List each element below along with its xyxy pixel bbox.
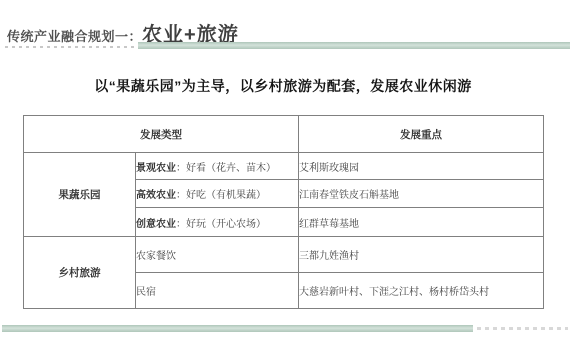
row-type-desc: ：好看（花卉、苗木）: [176, 163, 276, 174]
row-type-desc: ：好吃（有机果蔬）: [176, 190, 266, 201]
row-type-label: 景观农业: [136, 163, 176, 174]
row-focus-cell: 红群草莓基地: [299, 208, 544, 237]
footer-dashed-rule: [477, 327, 568, 330]
header-development-focus: 发展重点: [299, 116, 544, 153]
table-row: 乡村旅游 农家餐饮 三都九姓渔村: [24, 237, 544, 273]
row-type-label: 高效农业: [136, 190, 176, 201]
footer-accent-bar: [2, 325, 473, 332]
development-table: 发展类型 发展重点 果蔬乐园 景观农业：好看（花卉、苗木） 艾利斯玫瑰园 高效农…: [23, 115, 544, 309]
header-development-type: 发展类型: [24, 116, 299, 153]
row-type-cell: 景观农业：好看（花卉、苗木）: [136, 153, 299, 180]
row-type-desc: 民宿: [136, 287, 156, 298]
slide-subtitle: 以“果蔬乐园”为主导，以乡村旅游为配套，发展农业休闲游: [23, 76, 543, 96]
row-type-desc: ：好玩（开心农场）: [176, 219, 266, 230]
row-type-label: 创意农业: [136, 219, 176, 230]
row-type-cell: 农家餐饮: [136, 237, 299, 273]
row-focus-cell: 三都九姓渔村: [299, 237, 544, 273]
group-name-cell: 乡村旅游: [24, 237, 136, 309]
table-row: 果蔬乐园 景观农业：好看（花卉、苗木） 艾利斯玫瑰园: [24, 153, 544, 180]
header-dashed-rule: [5, 46, 138, 48]
slide: 传统产业融合规划一： 农业+旅游 以“果蔬乐园”为主导，以乡村旅游为配套，发展农…: [0, 0, 570, 360]
row-focus-cell: 江南春堂铁皮石斛基地: [299, 180, 544, 208]
group-name-cell: 果蔬乐园: [24, 153, 136, 237]
title-prefix: 传统产业融合规划一：: [7, 26, 142, 45]
row-type-cell: 民宿: [136, 273, 299, 309]
row-focus-cell: 艾利斯玫瑰园: [299, 153, 544, 180]
row-type-desc: 农家餐饮: [136, 251, 176, 262]
table-header-row: 发展类型 发展重点: [24, 116, 544, 153]
row-type-cell: 高效农业：好吃（有机果蔬）: [136, 180, 299, 208]
development-table-wrap: 发展类型 发展重点 果蔬乐园 景观农业：好看（花卉、苗木） 艾利斯玫瑰园 高效农…: [23, 115, 543, 309]
header-accent-bar: [138, 42, 570, 49]
row-type-cell: 创意农业：好玩（开心农场）: [136, 208, 299, 237]
row-focus-cell: 大慈岩新叶村、下涯之江村、杨村桥岱头村: [299, 273, 544, 309]
